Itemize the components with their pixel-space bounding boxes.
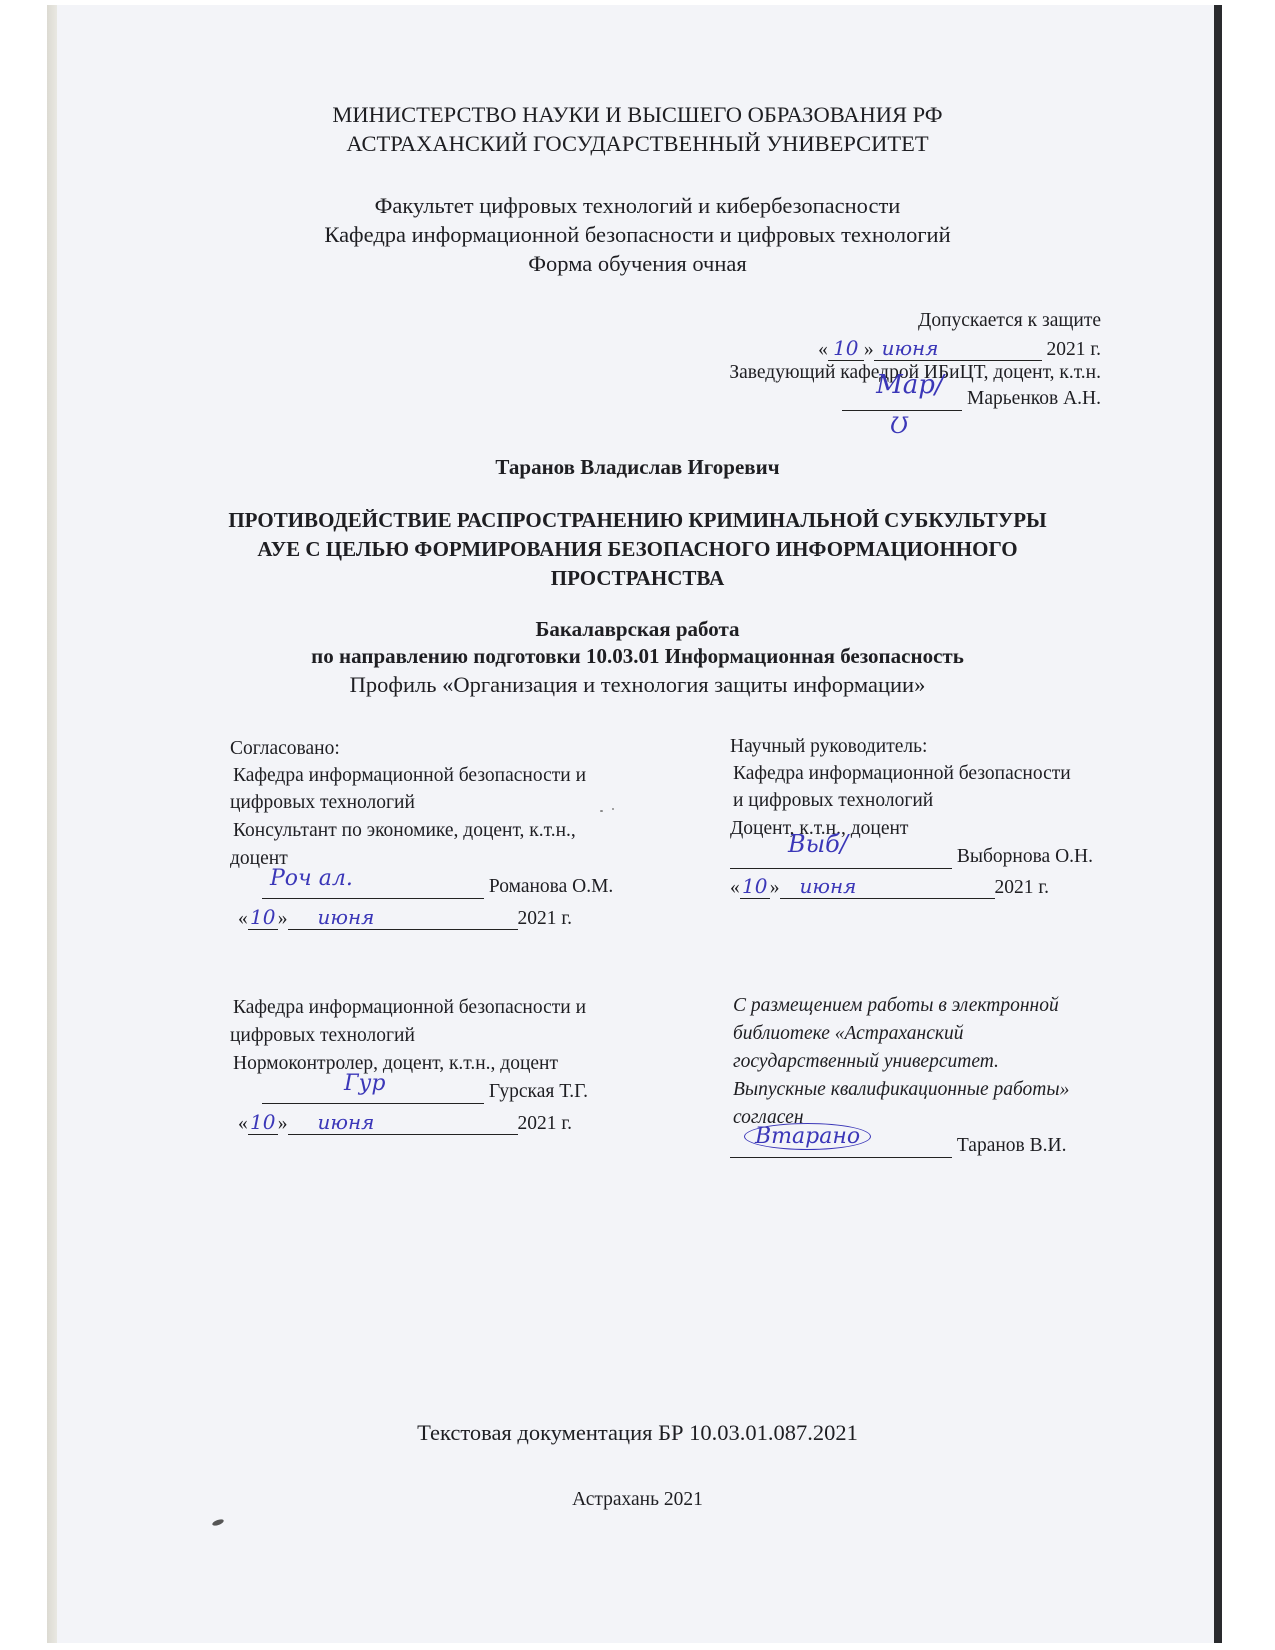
head-name: Марьенков А.Н. xyxy=(967,388,1101,409)
thesis-title-line2: АУЕ С ЦЕЛЬЮ ФОРМИРОВАНИЯ БЕЗОПАСНОГО ИНФ… xyxy=(0,537,1275,562)
norm-date: «10»июня2021 г. xyxy=(238,1110,572,1135)
supervisor-label: Научный руководитель: xyxy=(730,736,927,758)
consent-signature-row: Втарано Таранов В.И. xyxy=(730,1135,1066,1158)
approval-year: 2021 г. xyxy=(1046,339,1101,360)
handwritten-month: июня xyxy=(288,905,518,930)
department-name: Кафедра информационной безопасности и ци… xyxy=(0,222,1275,248)
signature-line: Роч ал. xyxy=(262,876,484,899)
quote-close: » xyxy=(864,339,874,360)
agreed-label: Согласовано: xyxy=(230,738,340,760)
signature-marenkov: Мар/ xyxy=(876,370,944,400)
work-direction: по направлению подготовки 10.03.01 Инфор… xyxy=(0,644,1275,669)
author-name: Таранов Владислав Игоревич xyxy=(0,455,1275,480)
supervisor-year: 2021 г. xyxy=(995,877,1050,898)
supervisor-dept-line1: Кафедра информационной безопасности xyxy=(733,763,1071,785)
agreed-dept-line1: Кафедра информационной безопасности и xyxy=(233,765,586,787)
student-name: Таранов В.И. xyxy=(957,1135,1067,1156)
agreed-signature-row: Роч ал. Романова О.М. xyxy=(262,876,613,899)
signature-taranov: Втарано xyxy=(744,1123,871,1150)
thesis-title-line1: ПРОТИВОДЕЙСТВИЕ РАСПРОСТРАНЕНИЮ КРИМИНАЛ… xyxy=(0,508,1275,533)
agreed-date: «10»июня2021 г. xyxy=(238,905,572,930)
norm-dept-line2: цифровых технологий xyxy=(230,1025,415,1047)
signature-vybornova: Выб/ xyxy=(788,830,848,858)
signature-romanova: Роч ал. xyxy=(270,866,353,891)
consent-line3: государственный университет. xyxy=(733,1051,999,1073)
norm-signature-row: Гур Гурская Т.Г. xyxy=(262,1081,588,1104)
faculty-name: Факультет цифровых технологий и кибербез… xyxy=(0,193,1275,219)
handwritten-day: 10 xyxy=(828,336,864,361)
approval-title: Допускается к защите xyxy=(918,310,1101,332)
supervisor-name: Выборнова О.Н. xyxy=(957,846,1093,867)
ministry-title: МИНИСТЕРСТВО НАУКИ И ВЫСШЕГО ОБРАЗОВАНИЯ… xyxy=(0,102,1275,128)
agreed-role-line1: Консультант по экономике, доцент, к.т.н.… xyxy=(233,820,576,842)
supervisor-dept-line2: и цифровых технологий xyxy=(733,790,933,812)
signature-gurskaya: Гур xyxy=(344,1071,385,1096)
consent-line1: С размещением работы в электронной xyxy=(733,995,1059,1017)
university-title: АСТРАХАНСКИЙ ГОСУДАРСТВЕННЫЙ УНИВЕРСИТЕТ xyxy=(0,131,1275,157)
city-year: Астрахань 2021 xyxy=(0,1489,1275,1511)
consent-line2: библиотеке «Астраханский xyxy=(733,1023,964,1045)
handwritten-month: июня xyxy=(780,874,995,899)
handwritten-month: июня xyxy=(288,1110,518,1135)
quote-open: « xyxy=(818,339,828,360)
signature-line: Гур xyxy=(262,1081,484,1104)
signature-line: Выб/ xyxy=(730,846,952,869)
approval-signature-line: Мар/ Марьенков А.Н. xyxy=(842,388,1101,411)
signature-line: Мар/ xyxy=(842,388,962,411)
scan-speck xyxy=(612,808,614,810)
work-profile: Профиль «Организация и технология защиты… xyxy=(0,672,1275,698)
normcontroller-name: Гурская Т.Г. xyxy=(489,1081,588,1102)
norm-year: 2021 г. xyxy=(518,1113,573,1134)
approval-date: «10»июня 2021 г. xyxy=(818,336,1101,361)
supervisor-date: «10»июня2021 г. xyxy=(730,874,1049,899)
scan-speck xyxy=(600,810,603,812)
handwritten-month: июня xyxy=(874,336,1042,361)
supervisor-signature-row: Выб/ Выборнова О.Н. xyxy=(730,846,1093,869)
handwritten-day: 10 xyxy=(248,905,278,930)
norm-dept-line1: Кафедра информационной безопасности и xyxy=(233,997,586,1019)
consultant-name: Романова О.М. xyxy=(489,876,613,897)
agreed-dept-line2: цифровых технологий xyxy=(230,792,415,814)
agreed-year: 2021 г. xyxy=(518,908,573,929)
consent-line4: Выпускные квалификационные работы» xyxy=(733,1079,1069,1101)
signature-line: Втарано xyxy=(730,1135,952,1158)
study-form: Форма обучения очная xyxy=(0,251,1275,277)
document-code: Текстовая документация БР 10.03.01.087.2… xyxy=(0,1420,1275,1446)
thesis-title-line3: ПРОСТРАНСТВА xyxy=(0,566,1275,591)
signature-tail: Ʊ xyxy=(890,414,908,439)
norm-role: Нормоконтролер, доцент, к.т.н., доцент xyxy=(233,1053,558,1075)
handwritten-day: 10 xyxy=(248,1110,278,1135)
handwritten-day: 10 xyxy=(740,874,770,899)
work-type: Бакалаврская работа xyxy=(0,617,1275,642)
